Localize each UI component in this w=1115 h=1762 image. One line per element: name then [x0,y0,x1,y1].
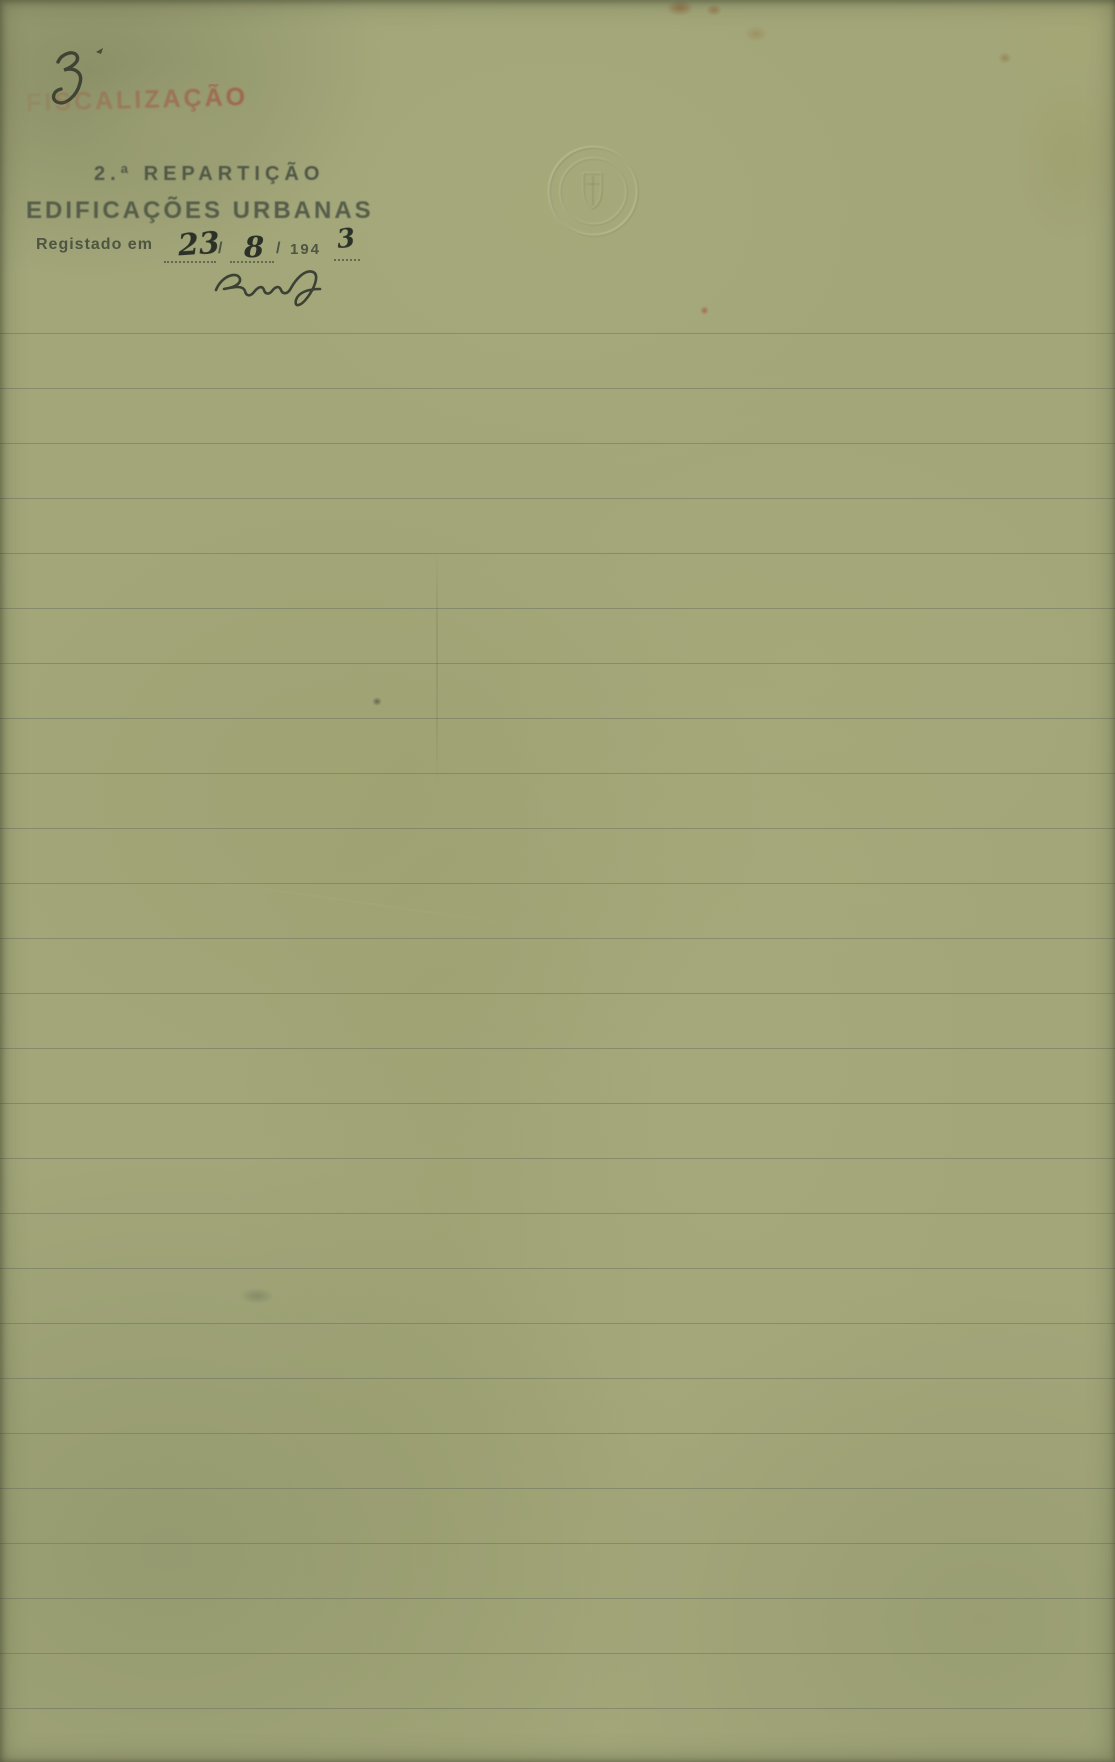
ink-tick-icon [94,44,106,56]
stamp-year-prefix: 194 [290,241,321,258]
stamp-section: EDIFICAÇÕES URBANAS [26,197,374,225]
rust-stain [744,26,768,42]
red-stamp-text: FISCALIZAÇÃO [26,83,249,117]
ink-speck [372,697,382,706]
red-speck [700,306,709,315]
stamp-registered-label: Registado em [36,236,153,254]
rust-stain [706,4,722,16]
vertical-crease [436,548,438,788]
date-separator: / [218,240,222,258]
handwritten-paraph-signature-icon [210,262,340,312]
red-stamp: FISCALIZAÇÃO [26,83,257,118]
scan-edge-vignette [0,0,1115,1762]
stamp-department: 2.ª REPARTIÇÃO [94,163,324,186]
diagonal-crease [142,871,558,931]
faint-pencil-mark [240,1288,274,1304]
scanned-lined-paper-page: 3 FISCALIZAÇÃO 2.ª REPARTIÇÃO EDIFICAÇÕE… [0,0,1115,1762]
rust-stain [998,52,1012,64]
handwritten-year-digit: 3 [335,223,356,255]
handwritten-day: 23 [177,226,221,264]
paper-texture [0,0,1115,1762]
faded-stain [1010,70,1115,250]
date-separator: / [276,240,280,258]
embossed-circular-seal-icon [546,144,640,238]
rust-stain [666,0,694,16]
ruled-lines [0,333,1115,1713]
handwritten-month: 8 [244,230,264,264]
